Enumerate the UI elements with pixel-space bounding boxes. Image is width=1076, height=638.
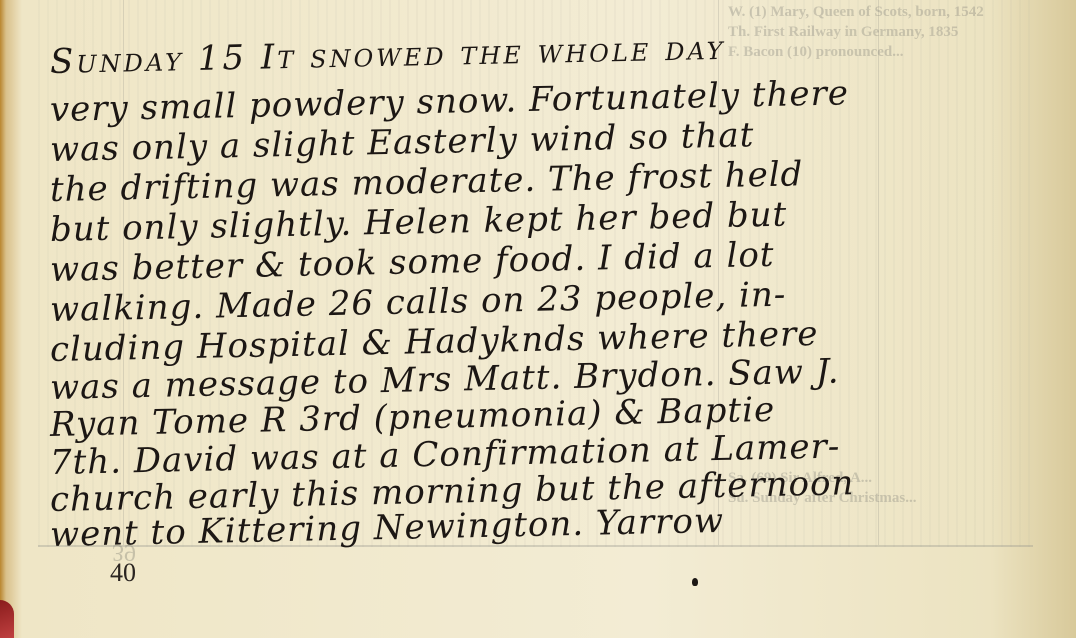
column-rule: [878, 0, 879, 545]
cover-edge: [0, 600, 14, 638]
printed-line: Th. First Railway in Germany, 1835: [728, 24, 958, 41]
printed-line: W. (1) Mary, Queen of Scots, born, 1542: [728, 4, 984, 21]
printed-line: F. Bacon (10) pronounced...: [728, 44, 903, 61]
page-number: 40: [110, 558, 136, 588]
ink-blot: [692, 578, 698, 586]
diary-page: W. (1) Mary, Queen of Scots, born, 1542 …: [0, 0, 1076, 638]
